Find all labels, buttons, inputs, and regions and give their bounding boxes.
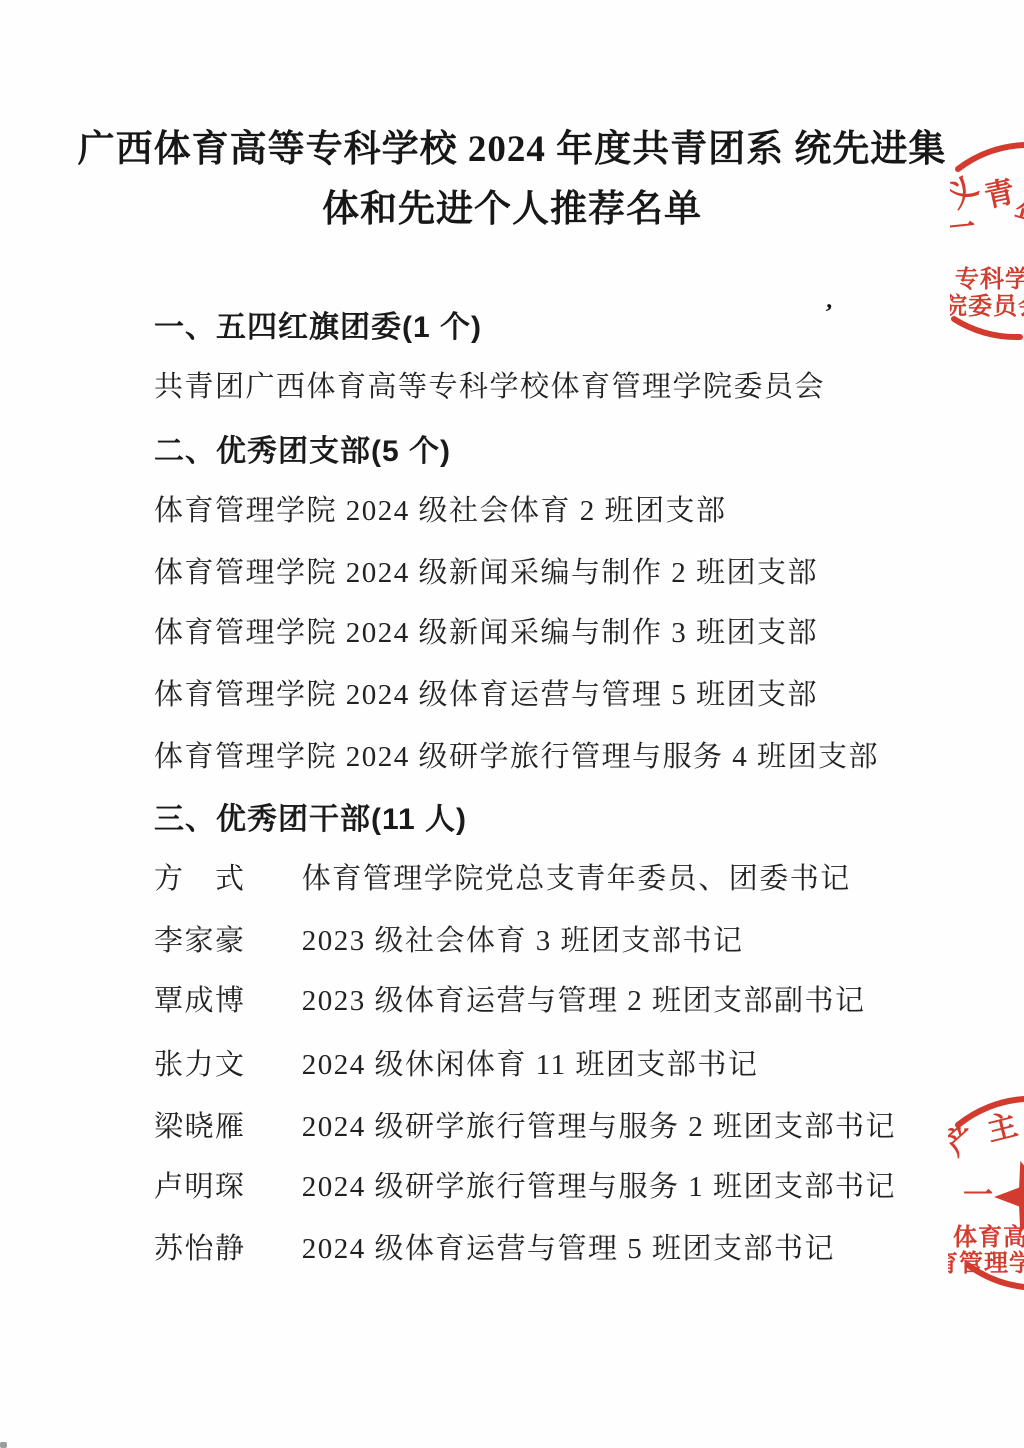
- doc-title-line1: 广西体育高等专科学校 2024 年度共青团系 统先进集: [0, 118, 1024, 172]
- person-name: 方 式: [154, 856, 293, 897]
- person-role: 体育管理学院党总支青年委员、团委书记: [302, 856, 851, 897]
- seal-arc-char: 义: [950, 170, 984, 214]
- list-item: 体育管理学院 2024 级研学旅行管理与服务 4 班团支部: [154, 734, 879, 775]
- official-seal-bottom-icon: 产 主 一 体育高等 育管理学: [948, 1085, 1024, 1325]
- person-name: 苏怡静: [154, 1226, 293, 1267]
- seal-dash-glyph: 一: [963, 1179, 993, 1212]
- scan-artifact-speck: [0, 1442, 7, 1448]
- person-row: 李家豪 2023 级社会体育 3 班团支部书记: [154, 918, 744, 959]
- seal-dash-glyph: 一: [950, 210, 977, 246]
- seal-arc-char: 产: [948, 1117, 983, 1162]
- seal-star-icon: [994, 1161, 1024, 1233]
- person-name: 梁晓雁: [154, 1104, 293, 1145]
- person-row: 张力文 2024 级休闲体育 11 班团支部书记: [154, 1042, 758, 1083]
- seal-arc-char: 青: [982, 175, 1018, 214]
- person-role: 2023 级体育运营与管理 2 班团支部副书记: [302, 978, 866, 1019]
- person-role: 2024 级研学旅行管理与服务 1 班团支部书记: [302, 1164, 896, 1205]
- scanned-document-page: 广西体育高等专科学校 2024 年度共青团系 统先进集 体和先进个人推荐名单 ’…: [0, 0, 1024, 1448]
- person-row: 苏怡静 2024 级体育运营与管理 5 班团支部书记: [154, 1226, 835, 1267]
- seal-text-line1: 专科学校: [955, 265, 1024, 293]
- list-item: 共青团广西体育高等专科学校体育管理学院委员会: [154, 364, 825, 405]
- person-row: 方 式 体育管理学院党总支青年委员、团委书记: [154, 856, 851, 897]
- person-name: 李家豪: [154, 918, 293, 959]
- list-item: 体育管理学院 2024 级新闻采编与制作 2 班团支部: [154, 550, 818, 591]
- seal-text-line2: 院委员会: [950, 292, 1024, 320]
- person-name: 卢明琛: [154, 1164, 293, 1205]
- seal-arc-char: 主: [984, 1109, 1021, 1148]
- person-name: 张力文: [154, 1042, 293, 1083]
- person-row: 梁晓雁 2024 级研学旅行管理与服务 2 班团支部书记: [154, 1104, 896, 1145]
- person-name: 覃成博: [154, 978, 293, 1019]
- section-heading-outstanding-league-cadres: 三、优秀团干部(11 人): [154, 794, 467, 838]
- seal-text-line1: 体育高等: [953, 1223, 1024, 1251]
- person-role: 2024 级研学旅行管理与服务 2 班团支部书记: [302, 1104, 896, 1145]
- person-row: 卢明琛 2024 级研学旅行管理与服务 1 班团支部书记: [154, 1164, 896, 1205]
- section-heading-outstanding-league-branch: 二、优秀团支部(5 个): [154, 426, 451, 470]
- person-role: 2024 级体育运营与管理 5 班团支部书记: [302, 1226, 835, 1267]
- person-role: 2024 级休闲体育 11 班团支部书记: [302, 1042, 759, 1083]
- section-heading-red-flag-committee: 一、五四红旗团委(1 个): [154, 302, 482, 346]
- person-role: 2023 级社会体育 3 班团支部书记: [302, 918, 744, 959]
- list-item: 体育管理学院 2024 级体育运营与管理 5 班团支部: [154, 672, 818, 713]
- list-item: 体育管理学院 2024 级新闻采编与制作 3 班团支部: [154, 610, 818, 651]
- seal-text-line2: 育管理学: [948, 1249, 1024, 1277]
- stray-apostrophe-mark: ’: [822, 300, 834, 328]
- seal-bottom-arc: [954, 319, 1020, 337]
- seal-top-arc: [958, 145, 1024, 169]
- official-seal-top-icon: 义 青 年 一 专科学校 院委员会: [950, 135, 1024, 385]
- person-row: 覃成博 2023 级体育运营与管理 2 班团支部副书记: [154, 978, 866, 1019]
- list-item: 体育管理学院 2024 级社会体育 2 班团支部: [154, 488, 727, 529]
- doc-title-line2: 体和先进个人推荐名单: [0, 178, 1024, 232]
